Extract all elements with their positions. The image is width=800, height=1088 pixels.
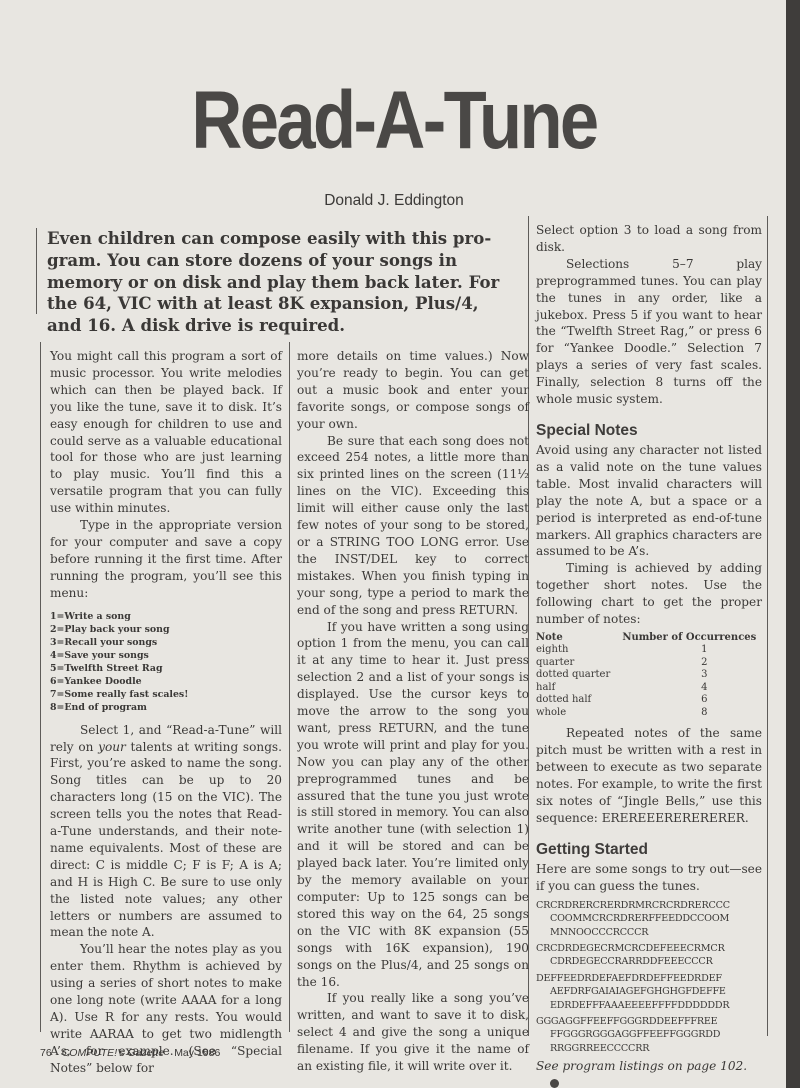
program-menu-list: 1=Write a song 2=Play back your song 3=R… (50, 610, 282, 714)
page-number: 76 (40, 1047, 52, 1059)
paragraph: Avoid using any character not listed as … (536, 442, 762, 560)
magazine-page: Read-A-Tune Donald J. Eddington Even chi… (0, 0, 788, 1088)
column-rule-left (40, 342, 41, 1032)
column-header: Note (536, 632, 617, 645)
end-mark-icon (550, 1079, 559, 1088)
paragraph: Select 1, and “Read-a-Tune” will rely on… (50, 722, 282, 942)
paragraph: Timing is achieved by adding together sh… (536, 560, 762, 628)
table-row: dotted quarter3 (536, 669, 762, 682)
menu-item: 7=Some really fast scales! (50, 688, 282, 701)
author-byline: Donald J. Eddington (0, 192, 788, 210)
menu-item: 1=Write a song (50, 610, 282, 623)
cell: half (536, 682, 617, 695)
note-timing-table: Note Number of Occurrences eighth1 quart… (536, 632, 762, 720)
menu-item: 5=Twelfth Street Rag (50, 662, 282, 675)
menu-item: 2=Play back your song (50, 623, 282, 636)
song-line: COOMMCRCRDRERFFEEDDCCOOM (536, 912, 762, 925)
listing-reference: See program listings on page 102. (536, 1058, 762, 1088)
article-title: Read-A-Tune (55, 74, 733, 168)
page-footer: 76COMPUTE!’s GazetteMay 1986 (40, 1047, 220, 1059)
cell: 4 (617, 682, 762, 695)
scan-edge-shadow (786, 0, 800, 1088)
cell: dotted quarter (536, 669, 617, 682)
table-row: dotted half6 (536, 694, 762, 707)
publication-name: COMPUTE!’s Gazette (62, 1047, 165, 1059)
section-heading-getting-started: Getting Started (536, 841, 762, 859)
paragraph: Type in the appropriate version for your… (50, 517, 282, 602)
menu-item: 3=Recall your songs (50, 636, 282, 649)
column-3: Select option 3 to load a song from disk… (536, 222, 762, 1088)
menu-item: 4=Save your songs (50, 649, 282, 662)
song-line: CRCRDRERCRERDRMRCRCRDRERCCC (536, 900, 730, 911)
paragraph: Be sure that each song does not exceed 2… (297, 433, 529, 619)
song-line: RRGGRREECCCCRR (536, 1042, 762, 1055)
song-list: CRCRDRERCRERDRMRCRCRDRERCCC COOMMCRCRDRE… (536, 899, 762, 1055)
table-row: half4 (536, 682, 762, 695)
song-line: CRCDRDEGECRMCRCDEFEEECRMCR (536, 943, 725, 954)
paragraph: You might call this program a sort of mu… (50, 348, 282, 517)
cell: 8 (617, 707, 762, 720)
paragraph: Here are some songs to try out—see if yo… (536, 861, 762, 895)
song-line: DEFFEEDRDEFAEFDRDEFFEEDRDEF (536, 973, 722, 984)
cell: 1 (617, 644, 762, 657)
menu-item: 6=Yankee Doodle (50, 675, 282, 688)
table-row: whole8 (536, 707, 762, 720)
cell: eighth (536, 644, 617, 657)
paragraph: Selections 5–7 play preprogrammed tunes.… (536, 256, 762, 408)
song-line: GGGAGGFFEEFFGGGRDDEEFFFREE (536, 1016, 718, 1027)
cell: quarter (536, 657, 617, 670)
column-rule-1 (289, 342, 290, 1032)
song-line: EDRDEFFFAAAEEEEFFFFDDDDDDR (536, 999, 762, 1012)
paragraph: If you really like a song you’ve written… (297, 990, 529, 1075)
column-header: Number of Occurrences (617, 632, 762, 645)
song-sequence: CRCRDRERCRERDRMRCRCRDRERCCC COOMMCRCRDRE… (536, 899, 762, 939)
cell: whole (536, 707, 617, 720)
paragraph: more details on time values.) Now you’re… (297, 348, 529, 433)
table-header-row: Note Number of Occurrences (536, 632, 762, 645)
song-line: FFGGGRGGGAGGFFEEFFGGGRDD (536, 1028, 762, 1041)
paragraph: Repeated notes of the same pitch must be… (536, 725, 762, 826)
paragraph: Select option 3 to load a song from disk… (536, 222, 762, 256)
see-listings-text: See program listings on page 102. (536, 1059, 747, 1073)
table-row: quarter2 (536, 657, 762, 670)
song-sequence: DEFFEEDRDEFAEFDRDEFFEEDRDEF AEFDRFGAIAIA… (536, 972, 762, 1012)
menu-item: 8=End of program (50, 701, 282, 714)
cell: 2 (617, 657, 762, 670)
emphasis: your (98, 740, 126, 754)
cell: 3 (617, 669, 762, 682)
song-line: AEFDRFGAIAIAGEFGHGHGFDEFFE (536, 985, 762, 998)
column-1: You might call this program a sort of mu… (50, 348, 282, 1077)
column-rule-right (767, 216, 768, 1036)
text: talents at writing songs. First, you’re … (50, 740, 282, 940)
song-line: CDRDEGECCRARRDDFEEECCCR (536, 955, 762, 968)
section-heading-special-notes: Special Notes (536, 422, 762, 440)
cell: dotted half (536, 694, 617, 707)
song-sequence: GGGAGGFFEEFFGGGRDDEEFFFREE FFGGGRGGGAGGF… (536, 1015, 762, 1055)
table-row: eighth1 (536, 644, 762, 657)
column-2: more details on time values.) Now you’re… (297, 348, 529, 1075)
song-line: MNNOOCCCRCCCR (536, 926, 762, 939)
song-sequence: CRCDRDEGECRMCRCDEFEEECRMCR CDRDEGECCRARR… (536, 942, 762, 969)
cell: 6 (617, 694, 762, 707)
issue-date: May 1986 (174, 1047, 220, 1059)
paragraph: If you have written a song using option … (297, 619, 529, 991)
article-deck: Even children can compose easily with th… (36, 228, 517, 314)
